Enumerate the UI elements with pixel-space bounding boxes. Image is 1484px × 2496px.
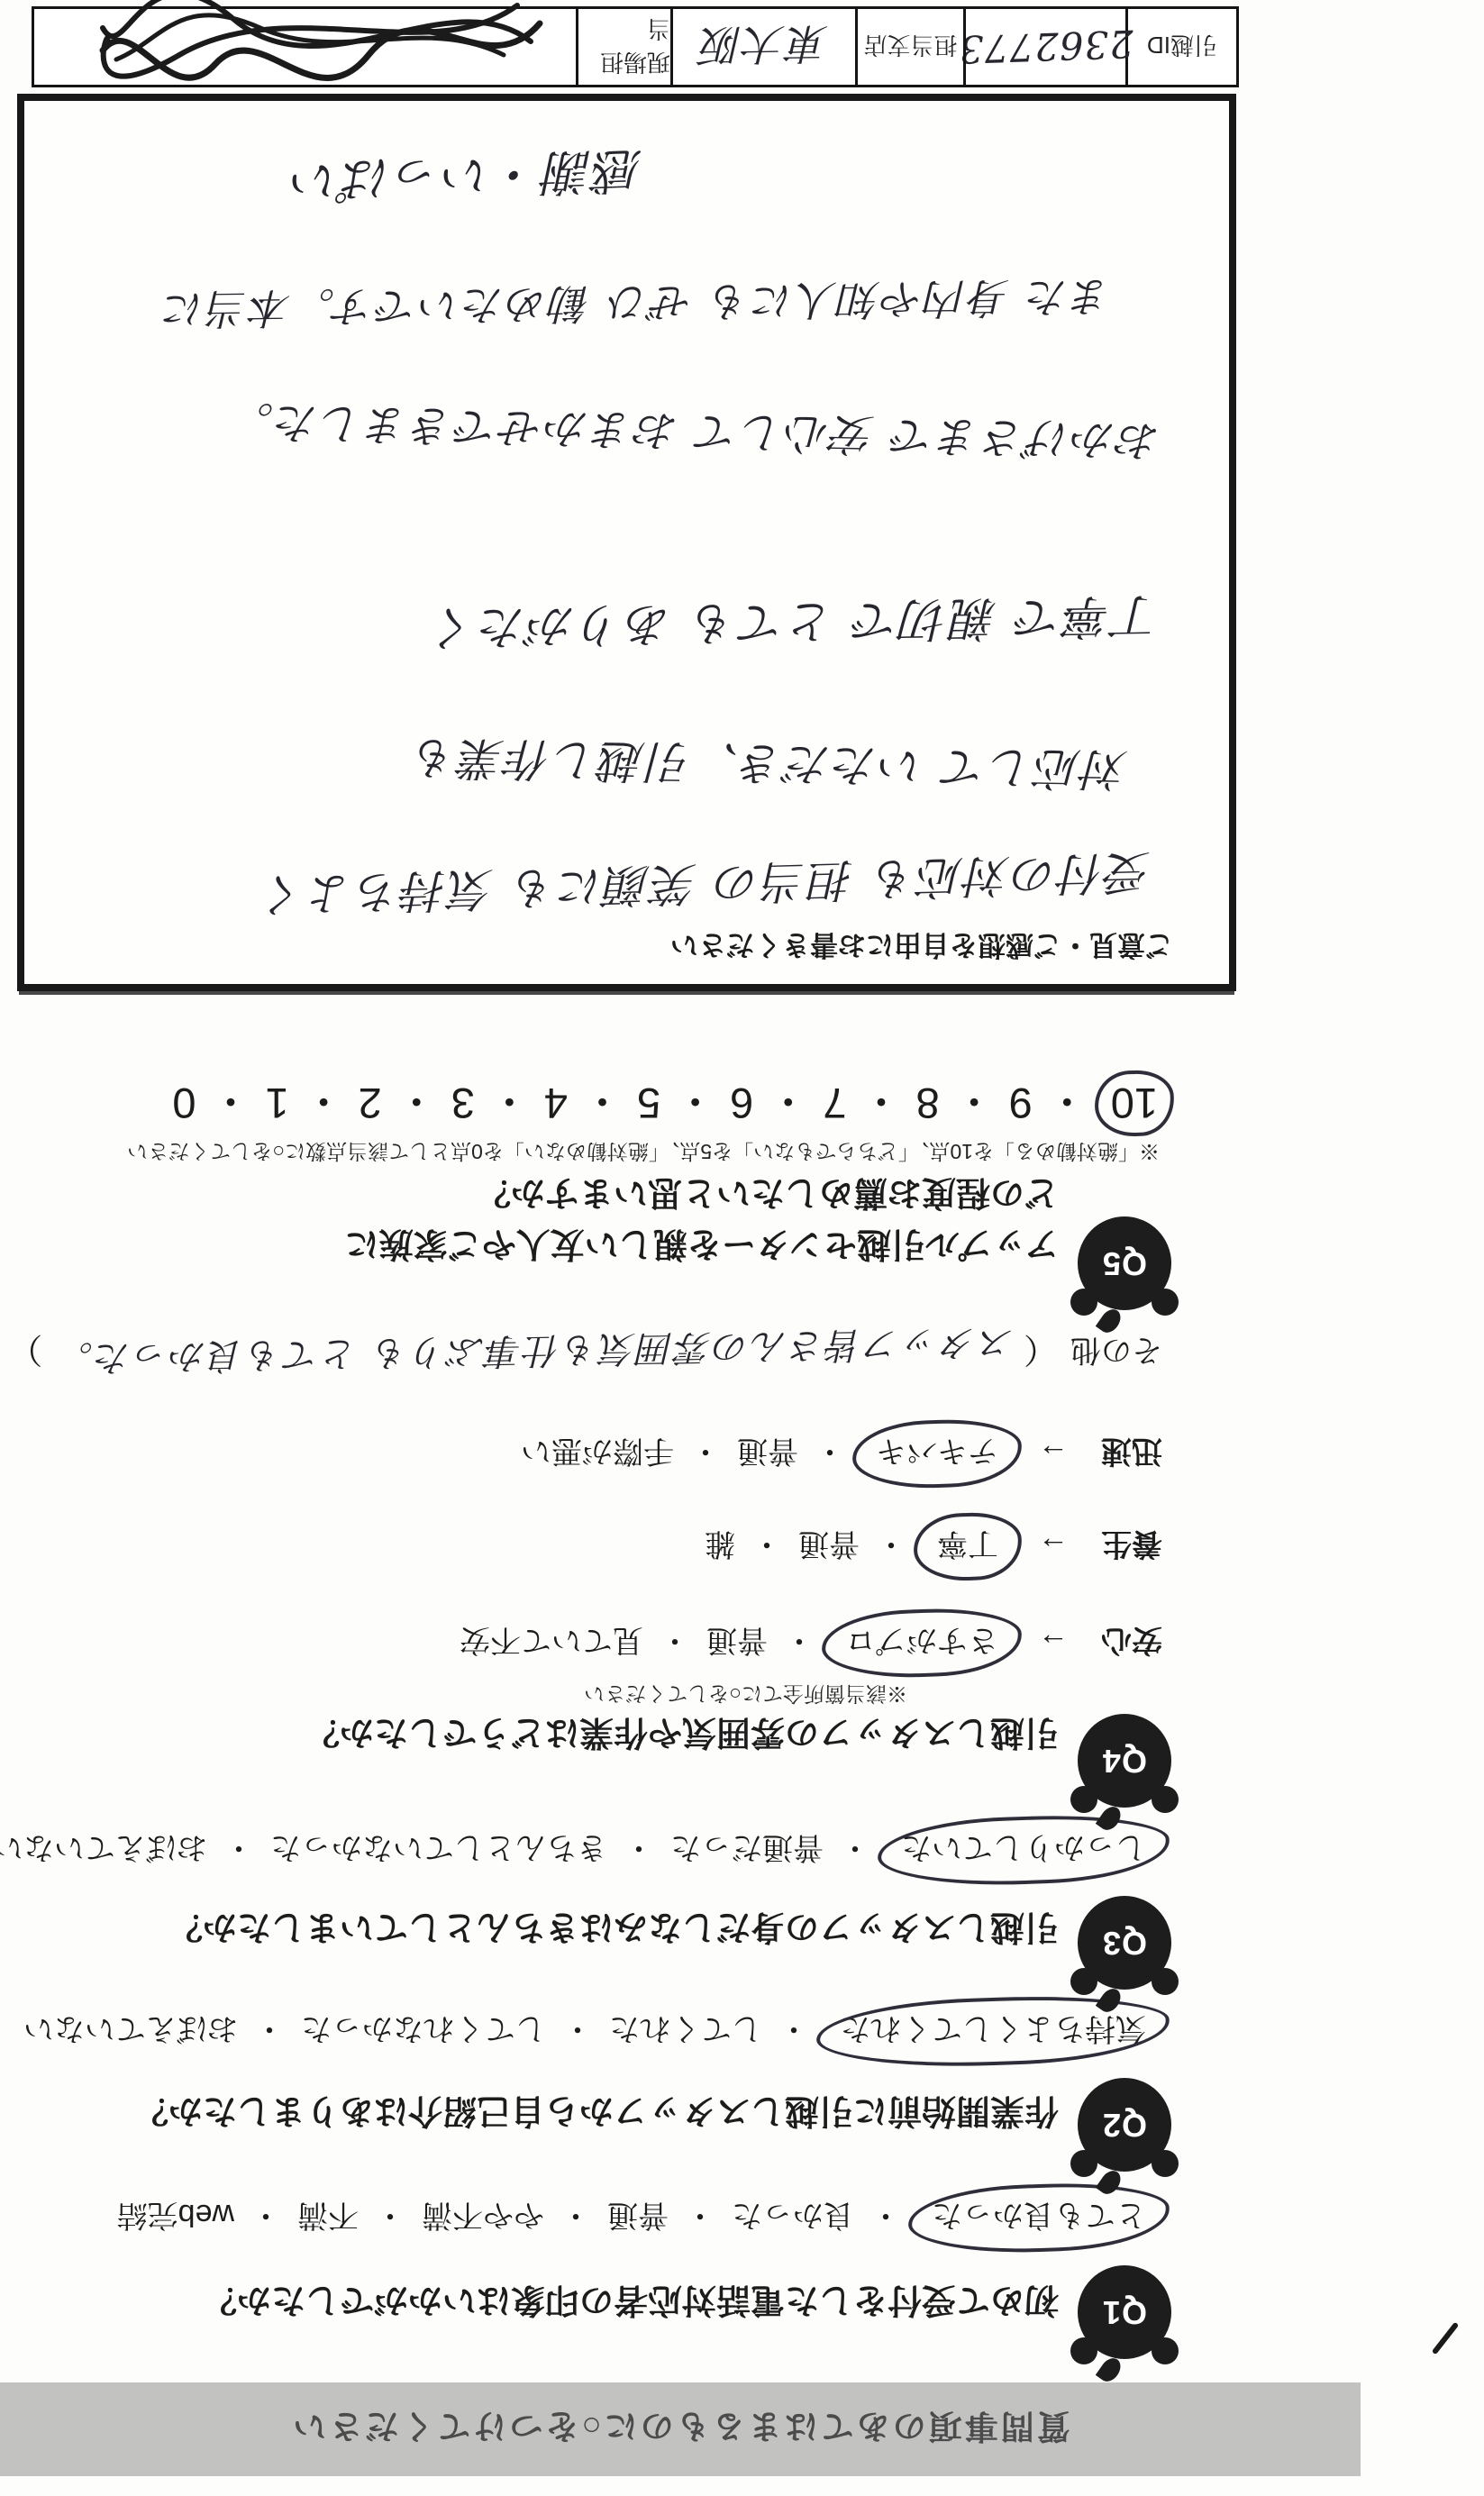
q4-anshin-option-1: 普通 xyxy=(705,1621,769,1665)
q4-jinsoku-option-1: 普通 xyxy=(735,1432,800,1476)
open-paren: （ xyxy=(1024,1328,1058,1378)
id-label-cell: 引越ID xyxy=(1128,9,1236,85)
scale-separator: ・ xyxy=(581,1073,624,1134)
q2-badge-label: Q2 xyxy=(1102,2106,1147,2144)
arrow-icon: → xyxy=(1038,1436,1069,1471)
q2-option-0-selected: 気持ちよくしてくれた xyxy=(824,2006,1162,2057)
option-separator: ・ xyxy=(685,2196,715,2240)
q4-yojo-option-2: 雑 xyxy=(703,1525,737,1569)
q1-badge: Q1 xyxy=(1078,2265,1171,2359)
q5-title-line1: アップル引越センターを親しい友人やご家族に xyxy=(345,1223,1059,1272)
q2-option-2: してくれなかった xyxy=(299,2009,548,2054)
q5-score-4: 4 xyxy=(544,1079,568,1128)
badge-ear-icon xyxy=(1070,1968,1097,1995)
scanned-questionnaire-sheet: 質問事項のあてはまるものに○をつけてください Q1 初めて受付をした電話対応者の… xyxy=(0,0,1484,2496)
q5-score-3: 3 xyxy=(451,1079,475,1128)
q4-jinsoku-option-0-selected: テキパキ xyxy=(860,1428,1015,1480)
option-separator: ・ xyxy=(751,1525,782,1569)
q1-option-1: 良かった xyxy=(730,2196,856,2240)
option-separator: ・ xyxy=(778,2009,809,2054)
scale-separator: ・ xyxy=(1046,1073,1088,1134)
q4-row-yojo: 養生 → 丁寧 ・ 普通 ・ 雑 xyxy=(703,1521,1162,1572)
q4-row-category: 養生 xyxy=(1079,1525,1162,1569)
q1-option-2: 普通 xyxy=(605,2196,670,2240)
comment-box: ご意見・ご感想を自由にお書きください 受付の対応も 担当の 笑顔にも 気持ちよく… xyxy=(17,94,1236,991)
scale-separator: ・ xyxy=(953,1073,996,1134)
q2-options: 気持ちよくしてくれた ・ してくれた ・ してくれなかった ・ おぼえていない xyxy=(22,2006,1162,2057)
q4-row-category: 安心 xyxy=(1079,1621,1162,1665)
q4-anshin-option-0-selected: さすがプロ xyxy=(829,1617,1015,1669)
q4-yojo-option-1: 普通 xyxy=(797,1525,861,1569)
q5-badge: Q5 xyxy=(1078,1216,1171,1310)
q3-options: しっかりしていた ・ 普通だった ・ きちんとしていなかった ・ おぼえていない xyxy=(0,1825,1162,1876)
arrow-icon: → xyxy=(1038,1529,1069,1564)
q2-title: 作業開始前に引越しスタッフから自己紹介はありましたか？ xyxy=(134,2090,1059,2139)
option-separator: ・ xyxy=(660,1621,690,1665)
option-separator: ・ xyxy=(624,1828,654,1872)
arrow-icon: → xyxy=(1038,1626,1069,1661)
q3-badge-label: Q3 xyxy=(1102,1924,1147,1962)
option-separator: ・ xyxy=(690,1432,721,1476)
scale-separator: ・ xyxy=(674,1073,716,1134)
q4-badge: Q4 xyxy=(1078,1714,1171,1808)
q4-anshin-option-2: 見ていて不安 xyxy=(458,1621,645,1665)
badge-leaf-icon xyxy=(1096,2355,1124,2385)
branch-label: 担当支店 xyxy=(864,31,958,64)
option-separator: ・ xyxy=(876,1525,906,1569)
option-separator: ・ xyxy=(562,2009,593,2054)
q2-option-3: おぼえていない xyxy=(22,2009,240,2054)
option-separator: ・ xyxy=(375,2196,405,2240)
q1-option-5: web完結 xyxy=(115,2196,236,2240)
q5-score-5: 5 xyxy=(637,1079,660,1128)
q4-other-label: その他 xyxy=(1070,1331,1162,1375)
q1-option-3: やや不満 xyxy=(420,2196,546,2240)
q5-badge-label: Q5 xyxy=(1102,1244,1147,1282)
q3-badge: Q3 xyxy=(1078,1896,1171,1990)
q5-score-scale: 10 ・ 9 ・ 8 ・ 7 ・ 6 ・ 5 ・ 4 ・ 3 ・ 2 ・ 1 ・… xyxy=(172,1073,1167,1134)
q1-options: とても良かった ・ 良かった ・ 普通 ・ やや不満 ・ 不満 ・ web完結 xyxy=(115,2192,1162,2244)
option-separator: ・ xyxy=(254,2009,285,2054)
q1-badge-label: Q1 xyxy=(1102,2293,1147,2331)
handwritten-line: 丁寧で 親切で とても ありがたく xyxy=(429,586,1161,666)
option-separator: ・ xyxy=(784,1621,815,1665)
scale-separator: ・ xyxy=(488,1073,531,1134)
q5-score-1: 1 xyxy=(265,1079,288,1128)
id-value-cell: 2362773 xyxy=(966,9,1128,85)
q4-row-category: 迅速 xyxy=(1079,1432,1162,1476)
badge-ear-icon xyxy=(1070,1786,1097,1813)
branch-value-handwriting: 東大阪 xyxy=(698,16,829,78)
q5-title-line2: どの程度お薦めしたいと思いますか？ xyxy=(477,1171,1059,1221)
q5-score-10-selected: 10 xyxy=(1102,1079,1167,1128)
badge-ear-icon xyxy=(1152,2337,1179,2364)
site-staff-label: 現場担当 xyxy=(578,14,670,80)
q5-score-6: 6 xyxy=(730,1079,753,1128)
moving-id-value-handwriting: 2362773 xyxy=(958,22,1134,72)
q4-title: 引越しスタッフの雰囲気や作業はどうでしたか？ xyxy=(305,1711,1059,1761)
q1-option-4: 不満 xyxy=(296,2196,360,2240)
scale-separator: ・ xyxy=(860,1073,902,1134)
badge-ear-icon xyxy=(1070,1289,1097,1316)
badge-ear-icon xyxy=(1070,2150,1097,2177)
q4-row-anshin: 安心 → さすがプロ ・ 普通 ・ 見ていて不安 xyxy=(458,1617,1162,1669)
q3-option-3: おぼえていない xyxy=(0,1828,209,1872)
q1-title: 初めて受付をした電話対応者の印象はいかがでしたか？ xyxy=(203,2279,1059,2328)
instruction-banner: 質問事項のあてはまるものに○をつけてください xyxy=(0,2382,1361,2476)
option-separator: ・ xyxy=(250,2196,281,2240)
q5-score-7: 7 xyxy=(823,1079,846,1128)
scale-separator: ・ xyxy=(209,1073,251,1134)
q4-row-jinsoku: 迅速 → テキパキ ・ 普通 ・ 手際が悪い xyxy=(519,1428,1162,1480)
q4-badge-label: Q4 xyxy=(1102,1742,1147,1780)
branch-label-cell: 担当支店 xyxy=(858,9,966,85)
q3-title: 引越しスタッフの身だしなみはきちんとしていましたか？ xyxy=(168,1906,1059,1955)
staff-label-cell: 現場担当 xyxy=(578,9,673,85)
option-separator: ・ xyxy=(560,2196,591,2240)
option-separator: ・ xyxy=(870,2196,901,2240)
option-separator: ・ xyxy=(223,1828,254,1872)
handwritten-line: また 身内や知人にも ぜひ 勧めたいです。本当に xyxy=(161,269,1112,342)
q5-score-0: 0 xyxy=(172,1079,196,1128)
q3-option-0-selected: しっかりしていた xyxy=(885,1825,1162,1876)
badge-ear-icon xyxy=(1152,1289,1179,1316)
scribbled-out-name xyxy=(89,0,558,105)
branch-value-cell: 東大阪 xyxy=(673,9,858,85)
q1-option-0-selected: とても良かった xyxy=(915,2192,1162,2244)
badge-ear-icon xyxy=(1152,2150,1179,2177)
q3-option-2: きちんとしていなかった xyxy=(269,1828,609,1872)
q5-note: ※「絶対勧める」を10点、「どちらでもない」を5点、「絶対勧めない」を0点として… xyxy=(127,1138,1160,1168)
q2-badge: Q2 xyxy=(1078,2078,1171,2172)
q4-note: ※該当箇所全てに○をしてください xyxy=(584,1681,907,1710)
q5-score-2: 2 xyxy=(359,1079,382,1128)
option-separator: ・ xyxy=(840,1828,870,1872)
comment-box-header: ご意見・ご感想を自由にお書きください xyxy=(670,927,1173,968)
stray-pen-mark xyxy=(1432,2322,1460,2355)
q3-option-1: 普通だった xyxy=(669,1828,825,1872)
option-separator: ・ xyxy=(815,1432,845,1476)
handwritten-line: 対応して いただき、引越し作業も xyxy=(411,728,1129,806)
badge-ear-icon xyxy=(1152,1968,1179,1995)
badge-ear-icon xyxy=(1152,1786,1179,1813)
close-paren: ） xyxy=(8,1328,42,1378)
instruction-banner-text: 質問事項のあてはまるものに○をつけてください xyxy=(290,2405,1070,2454)
q4-yojo-option-0-selected: 丁寧 xyxy=(921,1521,1015,1572)
q5-score-9: 9 xyxy=(1009,1079,1033,1128)
q4-jinsoku-option-2: 手際が悪い xyxy=(519,1432,676,1476)
scale-separator: ・ xyxy=(303,1073,345,1134)
moving-id-label: 引越ID xyxy=(1147,31,1217,64)
q4-other-handwriting: スタッフ皆さんの雰囲気も仕事ぶりも とても良かった。 xyxy=(55,1319,1015,1388)
handwritten-line: 感謝・いっぱい xyxy=(289,138,644,220)
staff-value-cell xyxy=(34,9,578,85)
scale-separator: ・ xyxy=(396,1073,438,1134)
scale-separator: ・ xyxy=(767,1073,809,1134)
badge-ear-icon xyxy=(1070,2337,1097,2364)
id-header-table: 引越ID 2362773 担当支店 東大阪 現場担当 xyxy=(32,6,1239,87)
handwritten-line: おかげさまで 安心して おまかせできました。 xyxy=(228,394,1161,476)
q5-score-8: 8 xyxy=(915,1079,939,1128)
handwritten-line: 受付の対応も 担当の 笑顔にも 気持ちよく xyxy=(259,843,1152,931)
q4-other-row: その他 （ スタッフ皆さんの雰囲気も仕事ぶりも とても良かった。 ） xyxy=(8,1327,1162,1379)
q2-option-1: してくれた xyxy=(607,2009,764,2054)
